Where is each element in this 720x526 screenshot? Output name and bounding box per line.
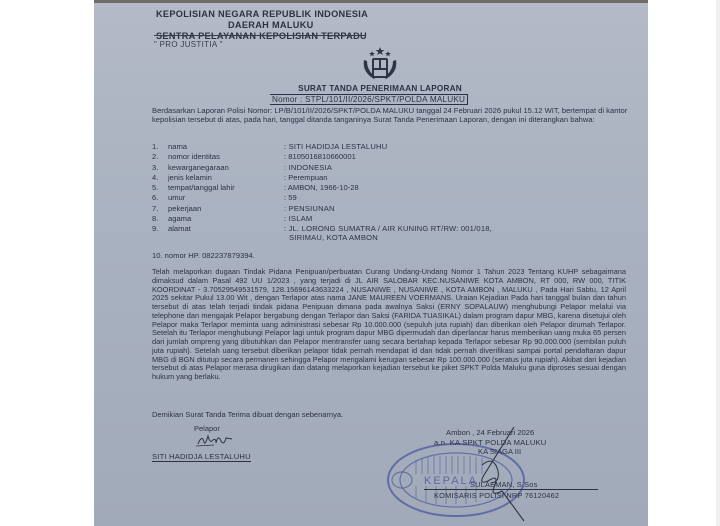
pro-justitia: " PRO JUSTITIA " [154,40,223,49]
official-name-underline [424,489,598,490]
document-number: Nomor : STPL/101/II/2026/SPKT/POLDA MALU… [270,94,468,105]
document-photo: KEPOLISIAN NEGARA REPUBLIK INDONESIA DAE… [94,0,648,526]
field-label: nama [168,142,290,151]
field-label: jenis kelamin [168,173,290,182]
field-number: 6. [152,193,166,202]
closing-statement: Demikian Surat Tanda Terima dibuat denga… [152,410,343,419]
field-label: nomor identitas [168,152,290,161]
document-number-label: Nomor : [272,95,303,104]
official-signature-icon [454,425,544,525]
field-value: : 59 [284,193,584,202]
field-label: alamat [168,224,290,233]
field-label: agama [168,214,290,223]
field-number: 8. [152,214,166,223]
phone-line: 10. nomor HP. 082237879394. [152,251,255,260]
field-label: umur [168,193,290,202]
field-number: 2. [152,152,166,161]
letterhead-line1: KEPOLISIAN NEGARA REPUBLIK INDONESIA [156,9,368,20]
document-number-value: STPL/101/II/2026/SPKT/POLDA MALUKU [305,95,465,104]
letterhead: KEPOLISIAN NEGARA REPUBLIK INDONESIA DAE… [156,9,368,42]
police-emblem-icon [352,46,408,82]
field-value: : ISLAM [284,214,584,223]
document-title: SURAT TANDA PENERIMAAN LAPORAN [280,84,480,93]
field-number: 7. [152,204,166,213]
field-number: 1. [152,142,166,151]
window-edge [716,0,720,526]
letterhead-divider [154,35,366,36]
field-value: : JL. LORONG SUMATRA / AIR KUNING RT/RW:… [284,224,584,242]
official-rank: KOMISARIS POLISI NRP 76120462 [434,491,559,500]
field-label: pekerjaan [168,204,290,213]
field-value: : 8105016810660001 [284,152,584,161]
official-name: SULAEMAN, S.Sos [470,480,537,489]
field-value: : PENSIUNAN [284,204,584,213]
field-number: 4. [152,173,166,182]
reporter-name: SITI HADIDJA LESTALUHU [152,452,251,462]
address-line2: SIRIMAU, KOTA AMBON [284,233,378,242]
field-value: : Perempuan [284,173,584,182]
intro-paragraph: Berdasarkan Laporan Polisi Nomor: LP/B/1… [152,107,632,125]
field-number: 5. [152,183,166,192]
incident-description: Telah melaporkan dugaan Tindak Pidana Pe… [152,268,626,382]
field-number: 3. [152,163,166,172]
field-value: : INDONESIA [284,163,584,172]
field-value: : SITI HADIDJA LESTALUHU [284,142,584,151]
reporter-signature-icon [194,430,240,450]
letterhead-line2: DAERAH MALUKU [156,20,368,31]
field-label: tempat/tanggal lahir [168,183,290,192]
address-line1: : JL. LORONG SUMATRA / AIR KUNING RT/RW:… [284,224,492,233]
field-number: 9. [152,224,166,233]
field-value: : AMBON, 1966-10-28 [284,183,584,192]
field-label: kewarganegaraan [168,163,290,172]
